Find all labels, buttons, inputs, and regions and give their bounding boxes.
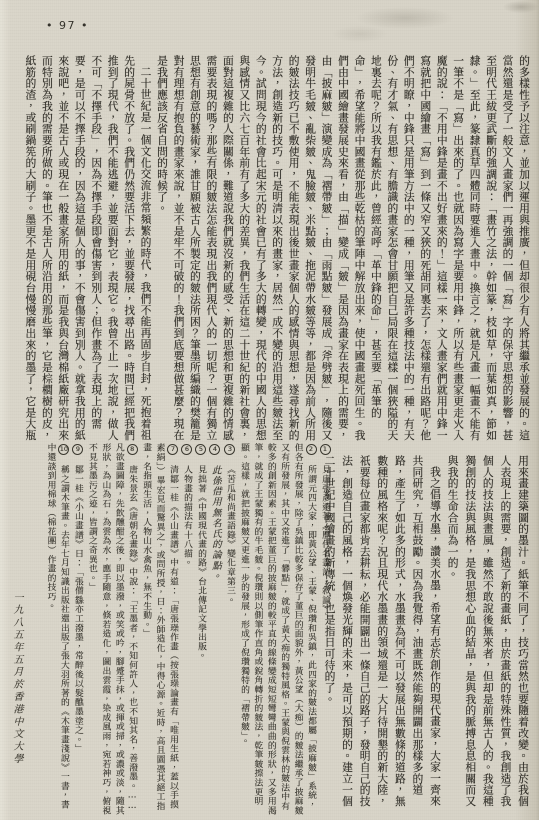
footnote-text: 所謂元四大家，即黃公望、王蒙、倪瓚和吳鎮，此四家的皴法都屬「披麻皴」系統，但各有… (239, 443, 316, 815)
paragraph-ink-continuation: 用來畫建築圖的墨汁。紙筆不同了，技巧當然也要隨着改變。由於我個人表現上的需要，創… (444, 455, 532, 817)
footnote-text: 唐朱景玄《唐朝名畫錄》中說：「王墨者，不知何許人，也不知其名，善潑墨。……凡欲畫… (87, 443, 137, 815)
footnote-text: 人物畫的描法有十八描。 (182, 465, 192, 567)
footnote-number-icon: 10 (58, 444, 69, 455)
footnote-number-icon: 8 (127, 444, 138, 455)
main-text-lower-register: 用來畫建築圖的墨汁。紙筆不同了，技巧當然也要隨着改變。由於我個人表現上的需要，創… (336, 455, 532, 817)
footnote-10: 10稱之謂木筆畫。去年七月知識出版社還出版了張大羽所著的《木筆畫淺說》一書，書中… (43, 443, 70, 815)
footnote-5: 5見拙著《中國現代畫的路》台北傳記文學出版。 (194, 443, 207, 815)
footnote-3: 3《苦瓜和尚畫語錄》變化章第三。 (223, 443, 236, 815)
footnote-text: 見唐張彥遠著《歷代名畫記・叙論》。 (320, 465, 330, 619)
footnote-text: 《苦瓜和尚畫語錄》變化章第三。 (225, 465, 235, 605)
footnote-number-icon: 6 (181, 444, 192, 455)
scanned-book-page: • 97 • 的多樣性予以注意，並加以運用與推廣，但却很少有人將其繼承並發展的。… (0, 0, 539, 820)
paragraph-twentieth-century: 二十世紀是一個文化交流非常頻繁的時代，我們不能再固步自封，死抱着祖先的屍骨不放了… (22, 55, 154, 445)
footnote-number-icon: 9 (72, 444, 83, 455)
footnote-2: 2所謂元四大家，即黃公望、王蒙、倪瓚和吳鎮，此四家的皴法都屬「披麻皴」系統，但各… (237, 443, 317, 815)
footnotes-block: 1見唐張彥遠著《歷代名畫記・叙論》。 2所謂元四大家，即黃公望、王蒙、倪瓚和吳鎮… (27, 443, 331, 815)
footnote-number-icon: 5 (195, 444, 206, 455)
footnote-text: 鄒一桂《小山畫譜》曰：「張僧繇亦工潑墨，常醉後以髮醮墨塗之。」 (73, 465, 83, 753)
footnote-number-icon: 4 (209, 444, 220, 455)
footnote-text: 見拙著《中國現代畫的路》台北傳記文學出版。 (196, 465, 206, 660)
main-text-upper-register: 的多樣性予以注意，並加以運用與推廣，但却很少有人將其繼承並發展的。這當然還是受了… (12, 55, 532, 445)
footnote-number-icon: 1 (320, 444, 331, 455)
footnote-number-icon: 2 (306, 444, 317, 455)
page-number: • 97 • (46, 19, 89, 32)
footnote-9: 9鄒一桂《小山畫譜》曰：「張僧繇亦工潑墨，常醉後以髮醮墨塗之。」 (71, 443, 84, 815)
date-signature: 一九八五年五月於香港中文大學 (9, 592, 24, 818)
footnote-4: 4此係借用無名氏的論點。 (208, 443, 222, 815)
footnote-number-icon: 3 (224, 444, 235, 455)
footnote-7: 7清鄒一桂《小山畫譜》中有道：「唐張璪作畫（按張璪論畫有「唯用生紙，蓋以手摸素絹… (139, 443, 179, 815)
footnote-text: 稱之謂木筆畫。去年七月知識出版社還出版了張大羽所著的《木筆畫淺說》一書，書中還談… (46, 443, 69, 809)
footnote-text: 清鄒一桂《小山畫譜》中有道：「唐張璪作畫（按張璪論畫有「唯用生紙，蓋以手摸素絹」… (141, 443, 178, 811)
footnote-text-handwritten: 此係借用無名氏的論點。 (210, 465, 221, 582)
footnote-8: 8唐朱景玄《唐朝名畫錄》中說：「王墨者，不知何許人，也不知其名，善潑墨。……凡欲… (85, 443, 139, 815)
paragraph-advocating-ink-painting: 我之倡導水墨，讚美水墨，希望有志於創作的現代畫家，大家一齊來共同研究，互相鼓勵。… (321, 455, 444, 817)
footnote-6: 6人物畫的描法有十八描。 (180, 443, 193, 815)
footnote-number-icon: 7 (167, 444, 178, 455)
paragraph-continued-from-previous-page: 的多樣性予以注意，並加以運用與推廣，但却很少有人將其繼承並發展的。這當然還是受了… (154, 55, 532, 445)
footnote-1: 1見唐張彥遠著《歷代名畫記・叙論》。 (318, 443, 331, 815)
